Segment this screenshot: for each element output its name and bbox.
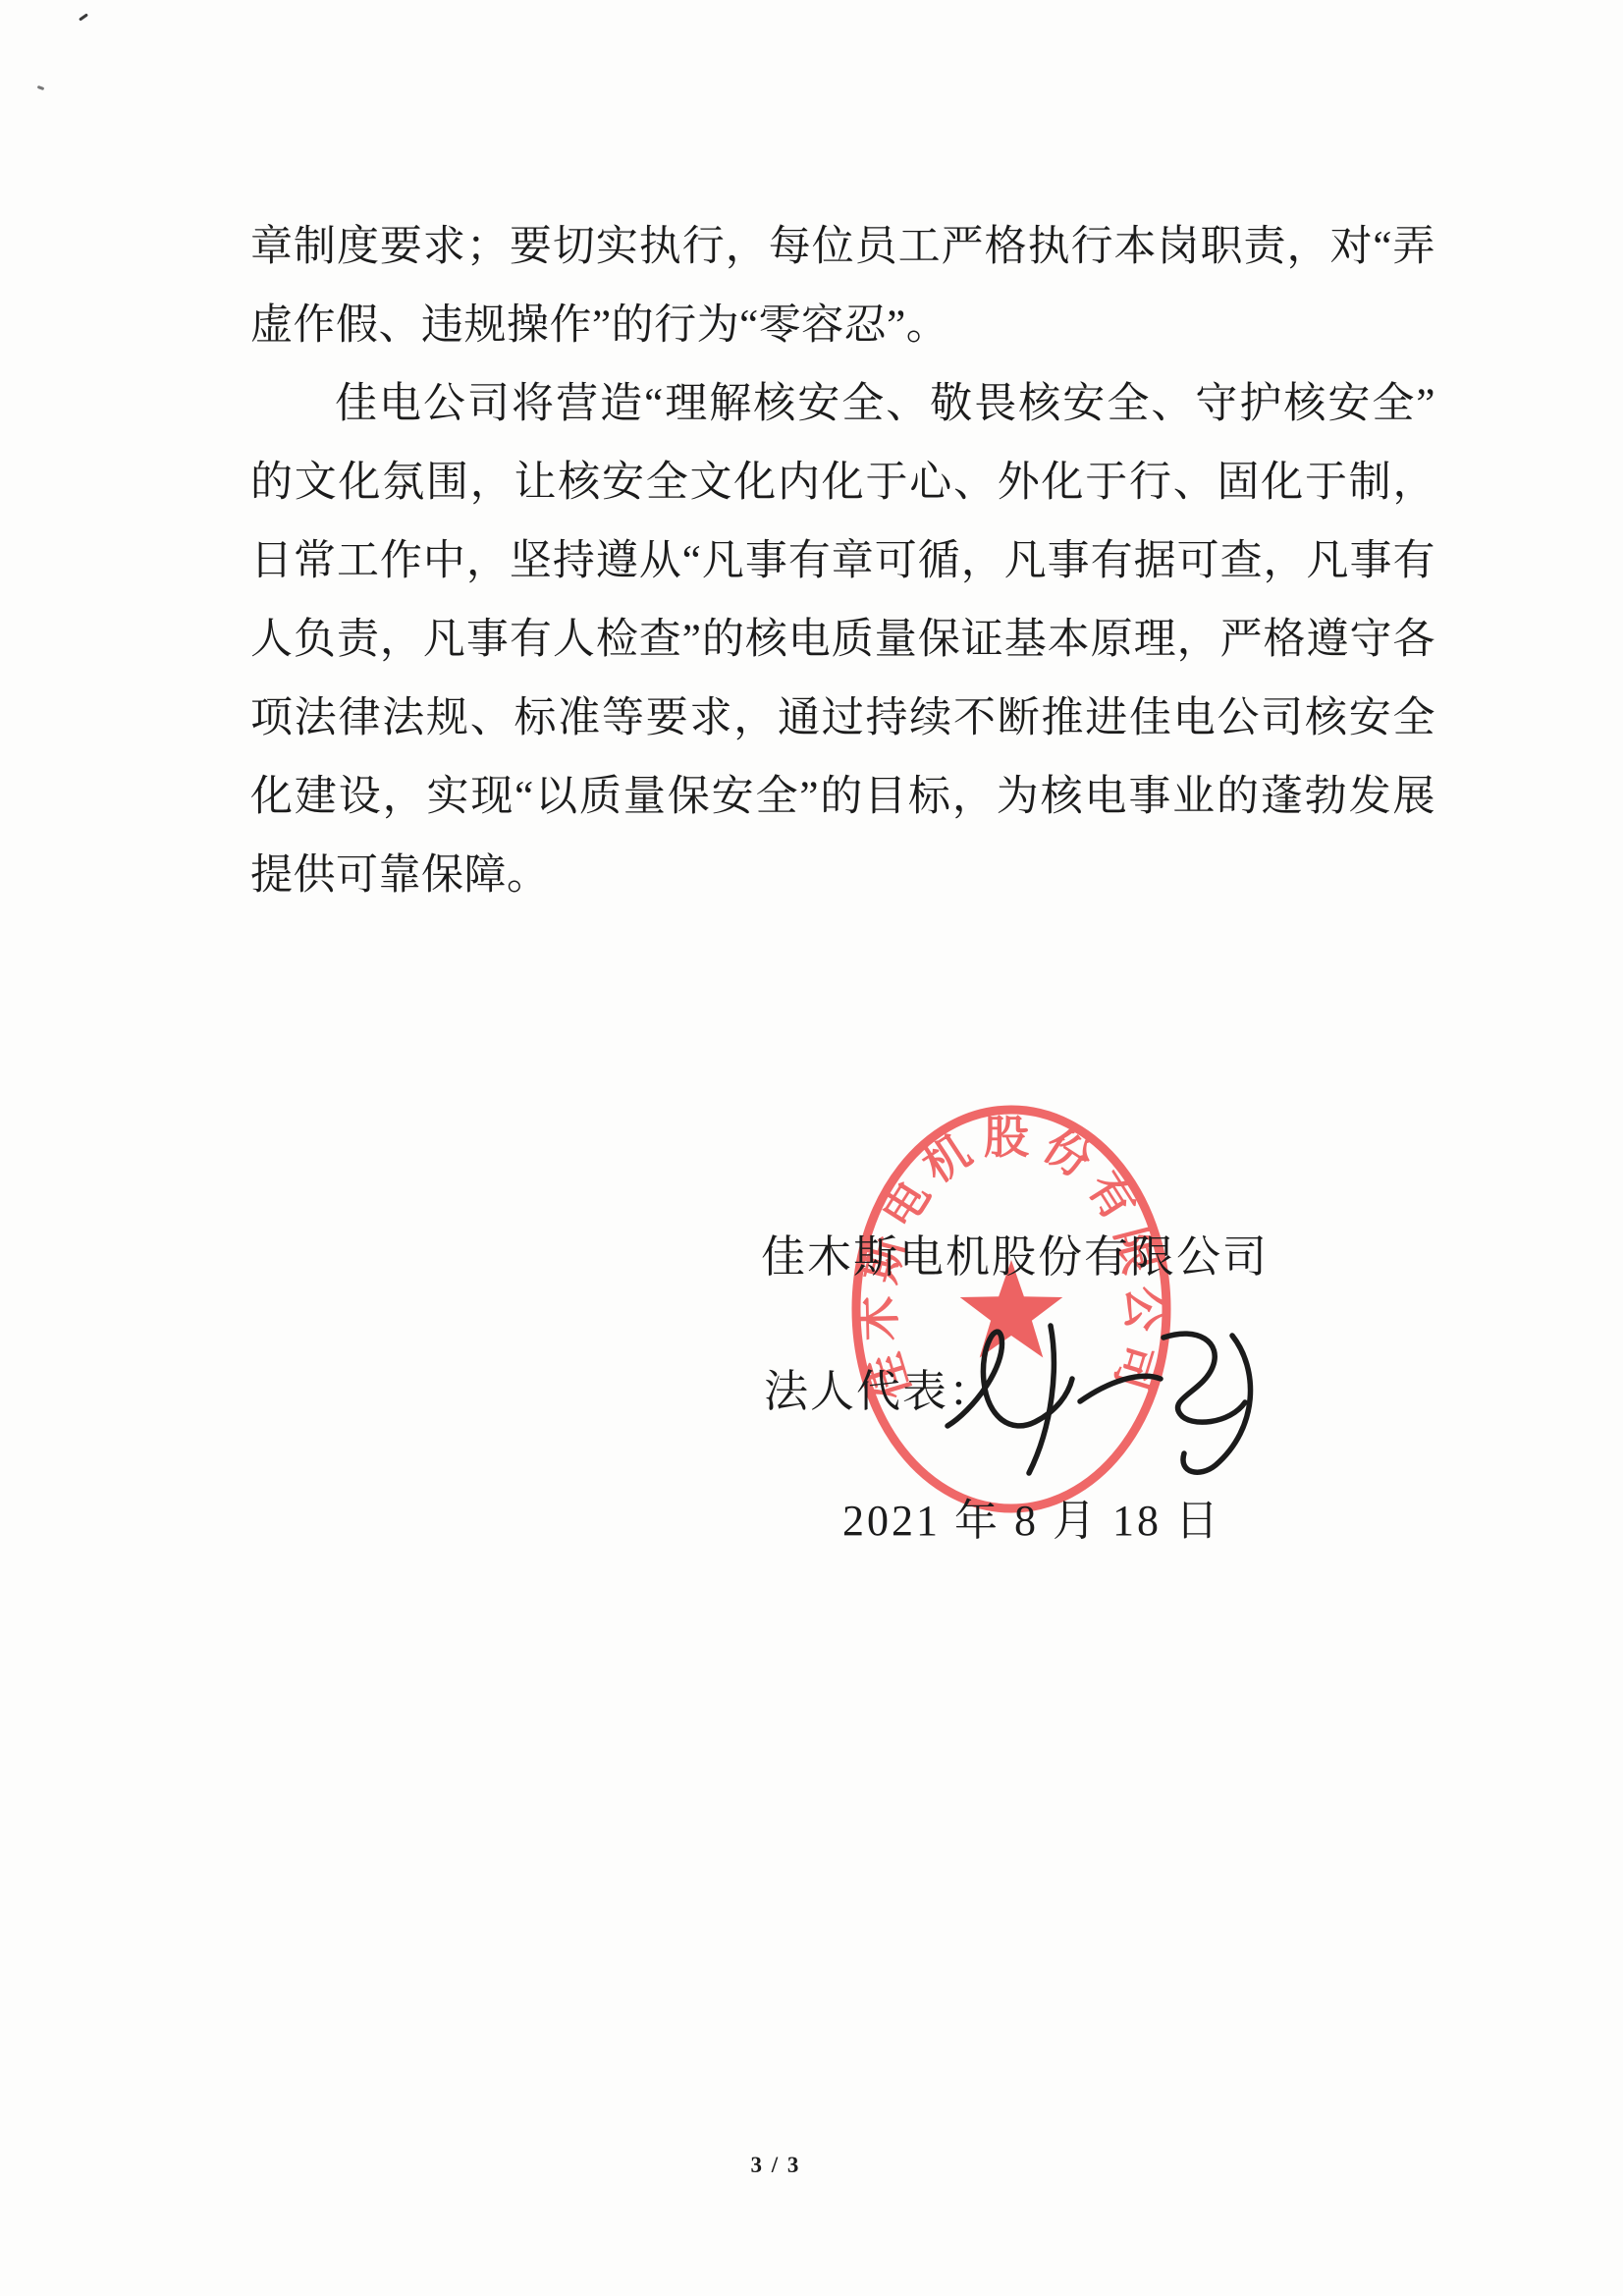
text-line: 佳电公司将营造“理解核安全、敬畏核安全、守护核安全” (250, 365, 1435, 444)
paragraph: 章制度要求；要切实执行，每位员工严格执行本岗职责，对“弄虚作假、违规操作”的行为… (250, 208, 1435, 365)
text-line: 化建设，实现“以质量保安全”的目标，为核电事业的蓬勃发展 (250, 758, 1435, 837)
company-name: 佳木斯电机股份有限公司 (761, 1221, 1269, 1285)
document-date: 2021 年 8 月 18 日 (842, 1485, 1221, 1548)
paragraph: 佳电公司将营造“理解核安全、敬畏核安全、守护核安全”的文化氛围，让核安全文化内化… (250, 365, 1435, 915)
scan-artifact (37, 85, 45, 90)
text-line: 虚作假、违规操作”的行为“零容忍”。 (250, 287, 1435, 365)
page-number: 3 / 3 (0, 2153, 1551, 2178)
document-body: 章制度要求；要切实执行，每位员工严格执行本岗职责，对“弄虚作假、违规操作”的行为… (250, 208, 1435, 915)
text-line: 日常工作中，坚持遵从“凡事有章可循，凡事有据可查，凡事有 (250, 522, 1435, 601)
text-line: 人负责，凡事有人检查”的核电质量保证基本原理，严格遵守各 (250, 601, 1435, 680)
text-line: 的文化氛围，让核安全文化内化于心、外化于行、固化于制，在 (250, 444, 1435, 522)
text-line: 项法律法规、标准等要求，通过持续不断推进佳电公司核安全文 (250, 680, 1435, 758)
text-line: 提供可靠保障。 (250, 837, 1435, 915)
text-line: 章制度要求；要切实执行，每位员工严格执行本岗职责，对“弄 (250, 208, 1435, 287)
scan-artifact (79, 13, 88, 21)
handwritten-signature (933, 1308, 1306, 1485)
document-page: 章制度要求；要切实执行，每位员工严格执行本岗职责，对“弄虚作假、违规操作”的行为… (0, 0, 1623, 2296)
